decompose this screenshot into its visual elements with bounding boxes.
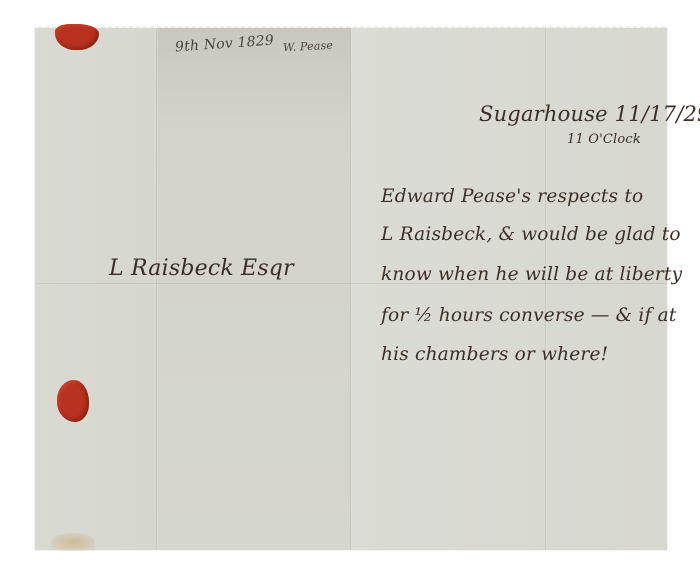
recipient-address: L Raisbeck Esqr [109,256,294,281]
docket-author: W. Pease [283,39,334,55]
wax-seal-bottom [57,380,89,422]
letter-sheet: 9th Nov 1829 W. Pease L Raisbeck Esqr Su… [35,27,667,550]
vertical-fold-line [156,28,158,550]
letter-body-line: know when he will be at liberty [381,264,682,285]
letter-body-line: L Raisbeck, & would be glad to [381,224,681,245]
letter-body-line: Edward Pease's respects to [381,186,643,207]
letter-body-line: for ½ hours converse — & if at [381,305,677,326]
vertical-fold-line [350,28,352,550]
paper-stain [51,533,95,551]
letter-body-line: his chambers or where! [381,344,608,365]
letter-time: 11 O'Clock [567,132,641,147]
left-fold-panel [35,28,157,550]
docket-cover-panel [157,28,351,550]
letter-place-date: Sugarhouse 11/17/29 [479,102,700,126]
